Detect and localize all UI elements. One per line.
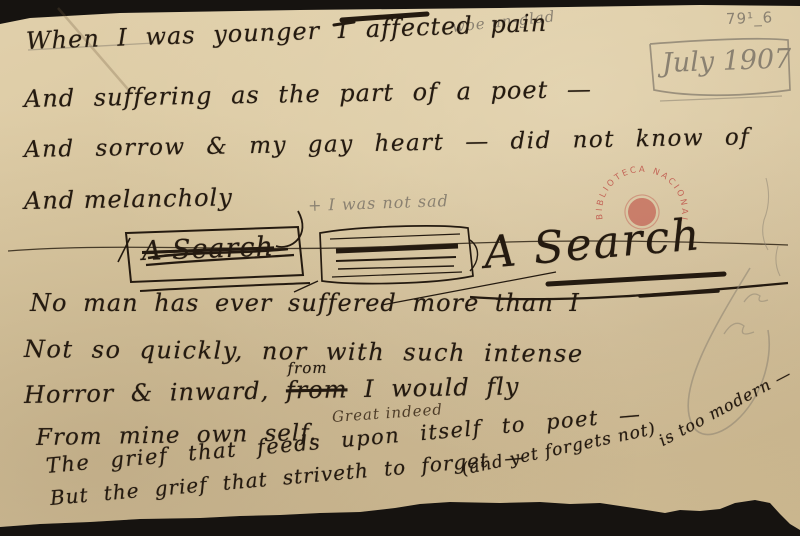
line7-inserted-word: from xyxy=(287,359,327,378)
manuscript-line-5: No man has ever suffered more than I xyxy=(30,289,580,317)
line7-pre: Horror & inward, xyxy=(24,377,270,409)
catalog-number: 79¹_6 xyxy=(726,8,774,28)
date-annotation: July 1907 xyxy=(661,43,791,78)
line7-struck-word: fromfrom xyxy=(286,375,348,404)
manuscript-line-4: And melancholy xyxy=(24,183,233,215)
line7-post: I would fly xyxy=(364,372,520,403)
photo-backdrop: BIBLIOTECA NACIONAL 79¹_6 July 1907 woe … xyxy=(0,0,800,536)
struck-title: A Search xyxy=(141,231,274,267)
